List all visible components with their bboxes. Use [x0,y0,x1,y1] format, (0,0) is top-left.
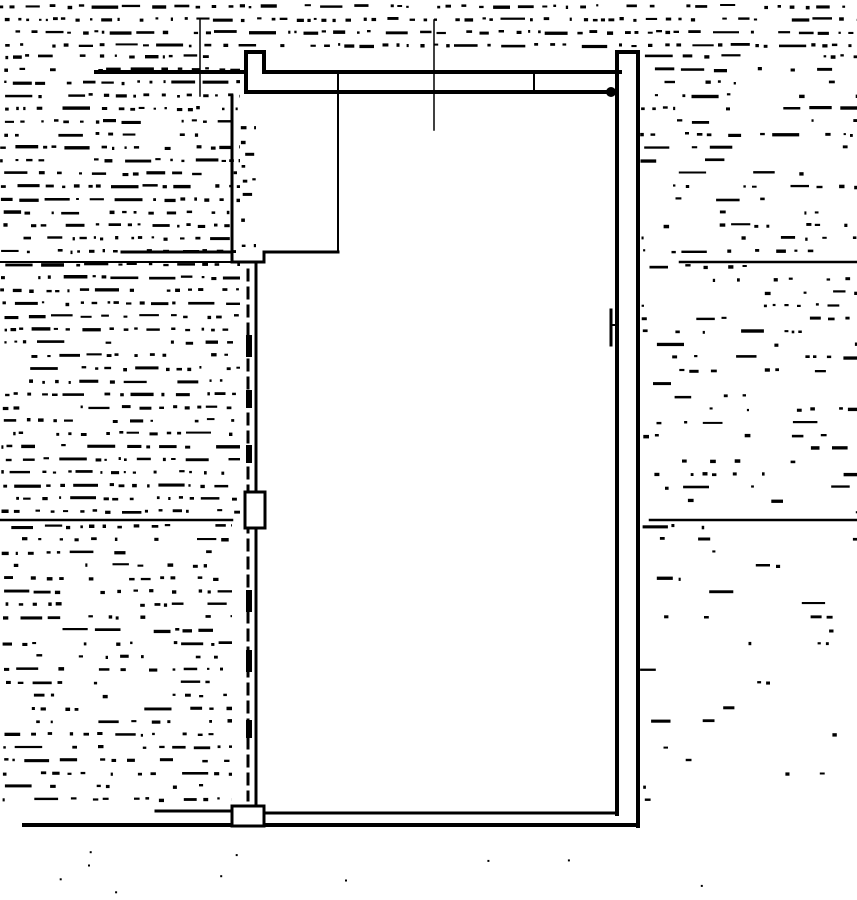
window-marker [246,590,252,612]
window-marker [246,335,252,357]
right-wall [611,52,638,826]
window-marker [246,650,252,672]
floor-plan-drawing [0,0,857,900]
window-marker [246,445,252,463]
window-marker [246,720,252,738]
corner-marker [232,806,264,826]
pillar-marker [245,492,265,528]
top-wall [264,72,620,97]
window-marker [246,390,252,408]
